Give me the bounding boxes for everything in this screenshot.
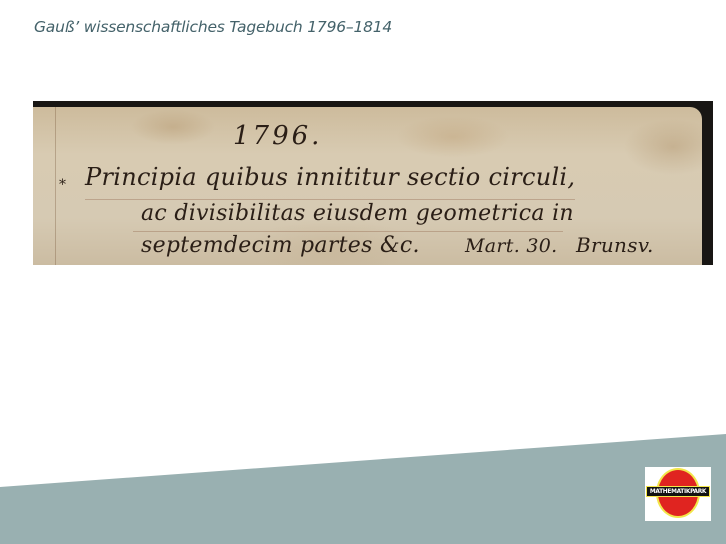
manuscript-image: 1796. * Principia quibus innititur secti…: [33, 101, 713, 265]
logo-text: MATHEMATIKPARK: [646, 486, 710, 497]
manuscript-date: Mart. 30.: [465, 235, 558, 257]
manuscript-line-3: septemdecim partes &c.: [141, 233, 420, 258]
ruled-line: [133, 231, 563, 232]
manuscript-place: Brunsv.: [576, 233, 654, 257]
ruled-line: [85, 199, 575, 200]
slide-title: Gauß’ wissenschaftliches Tagebuch 1796–1…: [34, 18, 392, 36]
margin-line: [55, 107, 56, 265]
manuscript-line-1: Principia quibus innititur sectio circul…: [85, 163, 575, 191]
footer-band: [0, 0, 726, 544]
manuscript-line-2: ac divisibilitas eiusdem geometrica in: [141, 201, 574, 226]
manuscript-page: 1796. * Principia quibus innititur secti…: [33, 107, 702, 265]
mathematikpark-logo: MATHEMATIKPARK: [645, 467, 711, 521]
manuscript-year: 1796.: [233, 121, 322, 151]
manuscript-star-mark: *: [59, 177, 66, 193]
